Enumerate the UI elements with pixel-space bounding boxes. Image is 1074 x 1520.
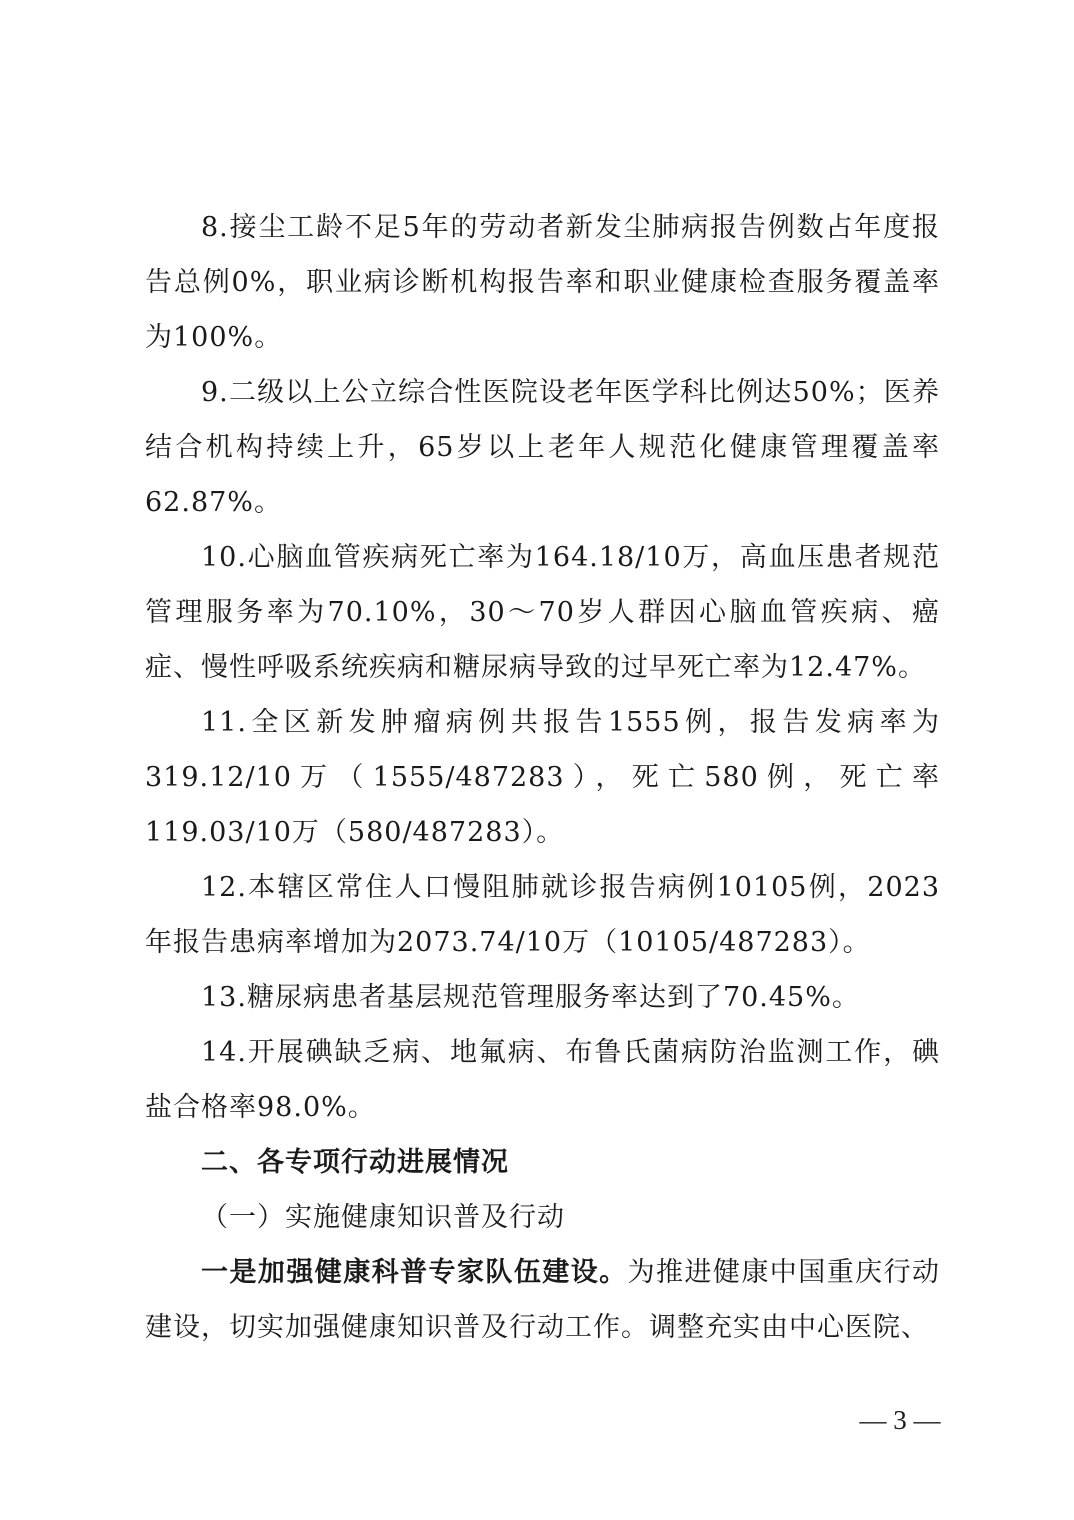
paragraph-item-9: 9.二级以上公立综合性医院设老年医学科比例达50%；医养结合机构持续上升，65岁… [145, 365, 940, 530]
page-number: — 3 — [850, 1400, 950, 1440]
paragraph-item-8: 8.接尘工龄不足5年的劳动者新发尘肺病报告例数占年度报告总例0%，职业病诊断机构… [145, 200, 940, 365]
closing-paragraph-lead: 一是加强健康科普专家队伍建设。 [201, 1257, 628, 1288]
paragraph-item-11: 11.全区新发肿瘤病例共报告1555例，报告发病率为319.12/10万（155… [145, 695, 940, 860]
closing-paragraph: 一是加强健康科普专家队伍建设。为推进健康中国重庆行动建设，切实加强健康知识普及行… [145, 1245, 940, 1355]
document-page: 8.接尘工龄不足5年的劳动者新发尘肺病报告例数占年度报告总例0%，职业病诊断机构… [0, 0, 1074, 1520]
subsection-heading: （一）实施健康知识普及行动 [145, 1190, 940, 1245]
paragraph-item-14: 14.开展碘缺乏病、地氟病、布鲁氏菌病防治监测工作，碘盐合格率98.0%。 [145, 1025, 940, 1135]
document-body: 8.接尘工龄不足5年的劳动者新发尘肺病报告例数占年度报告总例0%，职业病诊断机构… [145, 200, 940, 1355]
paragraph-item-10: 10.心脑血管疾病死亡率为164.18/10万，高血压患者规范管理服务率为70.… [145, 530, 940, 695]
paragraph-item-12: 12.本辖区常住人口慢阻肺就诊报告病例10105例，2023年报告患病率增加为2… [145, 860, 940, 970]
paragraph-item-13: 13.糖尿病患者基层规范管理服务率达到了70.45%。 [145, 970, 940, 1025]
section-heading: 二、各专项行动进展情况 [145, 1135, 940, 1190]
